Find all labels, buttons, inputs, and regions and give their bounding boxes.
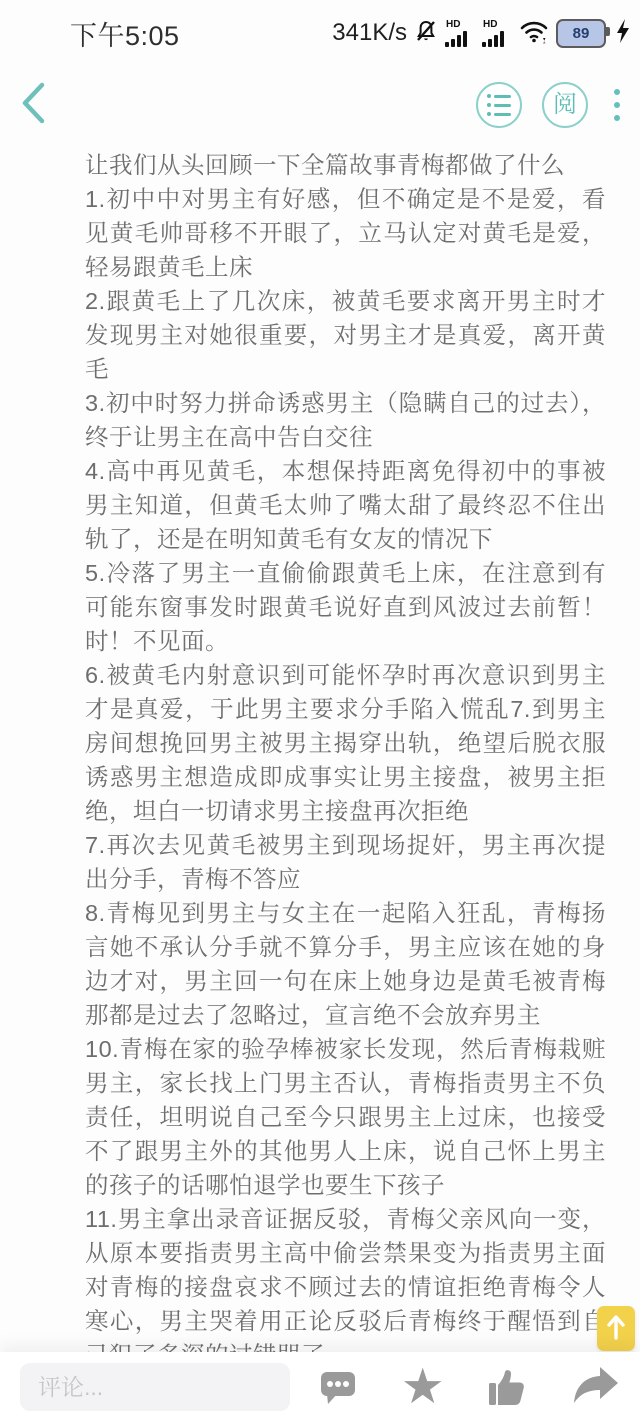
comment-button[interactable] <box>315 1364 361 1410</box>
status-icons: 341K/s HD HD 8 <box>332 18 630 49</box>
network-speed: 341K/s <box>332 19 407 47</box>
back-chevron-icon <box>16 75 50 136</box>
read-mode-button[interactable]: 阅 <box>542 82 588 128</box>
comment-bubble-icon <box>315 1364 361 1410</box>
contents-list-button[interactable] <box>476 82 522 128</box>
nav-actions: 阅 <box>476 82 626 128</box>
story-paragraph: 2.跟黄毛上了几次床，被黄毛要求离开男主时才发现男主对她很重要，对男主才是真爱，… <box>85 284 606 386</box>
comment-input[interactable] <box>20 1363 290 1411</box>
story-paragraph: 7.再次去见黄毛被男主到现场捉奸，男主再次提出分手，青梅不答应 <box>85 828 606 896</box>
charging-bolt-icon <box>616 19 630 48</box>
action-icons: ★ <box>315 1364 620 1410</box>
hd-signal-icon-2: HD <box>482 20 512 47</box>
wifi-icon <box>519 18 549 49</box>
back-to-top-icon <box>605 1312 627 1345</box>
story-paragraph: 11.男主拿出录音证据反驳，青梅父亲风向一变，从原本要指责男主高中偷尝禁果变为指… <box>85 1202 606 1372</box>
star-favorite-icon: ★ <box>401 1365 445 1409</box>
share-arrow-icon <box>570 1365 620 1409</box>
battery-percent: 89 <box>573 25 590 42</box>
nav-bar: 阅 <box>0 72 640 138</box>
story-paragraph: 10.青梅在家的验孕棒被家长发现，然后青梅栽赃男主，家长找上门男主否认，青梅指责… <box>85 1032 606 1202</box>
like-button[interactable] <box>484 1364 530 1410</box>
story-paragraph: 让我们从头回顾一下全篇故事青梅都做了什么 <box>85 148 606 182</box>
clock-time: 下午5:05 <box>70 14 180 53</box>
story-paragraph: 6.被黄毛内射意识到可能怀孕时再次意识到男主才是真爱，于此男主要求分手陷入慌乱7… <box>85 658 606 828</box>
story-paragraph: 5.冷落了男主一直偷偷跟黄毛上床，在注意到有可能东窗事发时跟黄毛说好直到风波过去… <box>85 556 606 658</box>
story-paragraph: 4.高中再见黄毛，本想保持距离免得初中的事被男主知道，但黄毛太帅了嘴太甜了最终忍… <box>85 454 606 556</box>
more-menu-icon <box>614 89 620 95</box>
hd-signal-icon: HD <box>445 20 475 47</box>
bottom-action-bar: ★ <box>0 1352 640 1422</box>
story-paragraph: 8.青梅见到男主与女主在一起陷入狂乱，青梅扬言她不承认分手就不算分手，男主应该在… <box>85 896 606 1032</box>
article-body: 让我们从头回顾一下全篇故事青梅都做了什么1.初中中对男主有好感，但不确定是不是爱… <box>85 148 606 1372</box>
more-menu-button[interactable] <box>608 85 626 125</box>
read-mode-icon: 阅 <box>553 93 577 117</box>
back-button[interactable] <box>16 75 56 135</box>
story-paragraph: 3.初中时努力拼命诱惑男主（隐瞒自己的过去），终于让男主在高中告白交往 <box>85 386 606 454</box>
share-button[interactable] <box>570 1365 620 1409</box>
contents-list-icon <box>487 94 511 116</box>
favorite-button[interactable]: ★ <box>401 1365 445 1409</box>
back-to-top-button[interactable] <box>597 1306 635 1351</box>
thumbs-up-icon <box>484 1364 530 1410</box>
mute-bell-icon <box>414 19 438 48</box>
story-paragraph: 1.初中中对男主有好感，但不确定是不是爱，看见黄毛帅哥移不开眼了，立马认定对黄毛… <box>85 182 606 284</box>
battery-icon: 89 <box>556 19 606 48</box>
status-bar: 下午5:05 341K/s HD HD <box>0 0 640 60</box>
